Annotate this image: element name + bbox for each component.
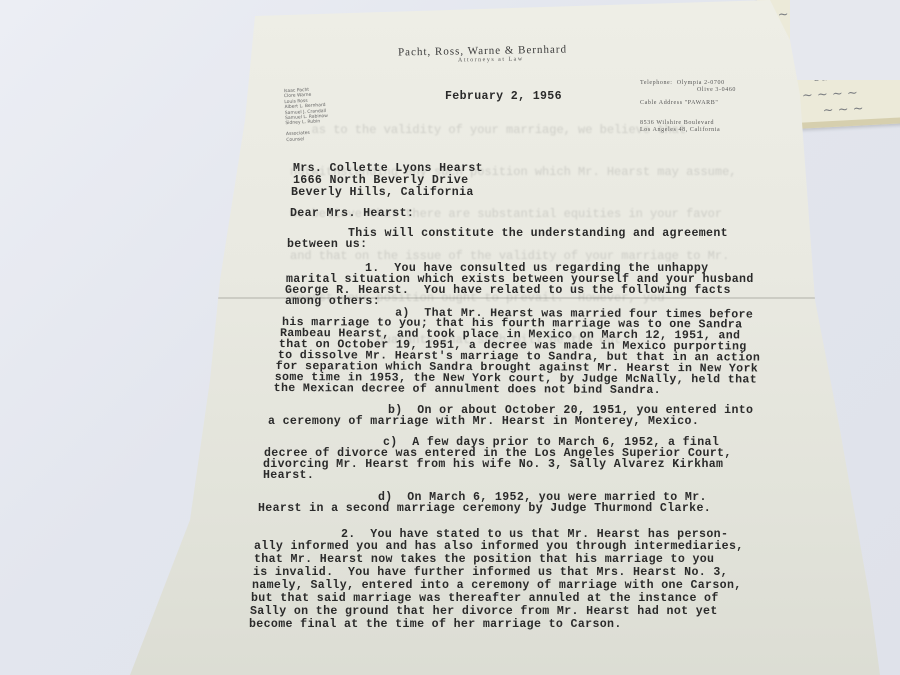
letter-date: February 2, 1956: [445, 90, 562, 103]
text-line: Hearst.: [263, 469, 314, 482]
text-line: but that said marriage was thereafter an…: [251, 592, 719, 605]
text-line: Olympia 2-0700: [677, 80, 725, 86]
intro-line: This will constitute the understanding a…: [348, 227, 728, 240]
text-line: Sally on the ground that her divorce fro…: [250, 605, 718, 618]
intro-line: between us:: [287, 238, 367, 251]
paragraph-a: a) That Mr. Hearst was married four time…: [2, 0, 900, 3]
city-address: Los Angeles 48, California: [640, 127, 720, 133]
handwriting-line: ~ ~ ~ ~: [802, 86, 859, 104]
text-line: divorcing Mr. Hearst from his wife No. 3…: [263, 458, 723, 471]
text-line: and that on the issue of the validity of…: [290, 249, 710, 263]
street-address: 8536 Wilshire Boulevard: [640, 120, 714, 126]
background-surface: [790, 0, 900, 80]
text-line: namely, Sally, entered into a ceremony o…: [252, 579, 742, 592]
partners-list: Isaac Pacht Clore Warne Louis Ross Alber…: [284, 87, 330, 143]
text-line: Beverly Hills, California: [291, 186, 474, 199]
salutation: Dear Mrs. Hearst:: [290, 207, 414, 220]
text-line: become final at the time of her marriage…: [249, 618, 622, 631]
handwriting-line: ~ ~ ~: [822, 101, 864, 118]
telephone: Telephone: Olympia 2-0700: [640, 80, 725, 86]
telephone-2: Olive 3-0460: [697, 87, 736, 93]
text-line: that Mr. Hearst now takes the position t…: [254, 553, 714, 566]
text-line: ally informed you and has also informed …: [254, 540, 744, 553]
text-line: among others:: [285, 295, 380, 308]
text-line: Hearst in a second marriage ceremony by …: [258, 502, 711, 515]
letter-page: as to the validity of your marriage, we …: [0, 0, 900, 675]
text-line: a ceremony of marriage with Mr. Hearst i…: [268, 415, 699, 428]
firm-subtitle: Attorneys at Law: [458, 56, 524, 63]
cable-address: Cable Address "PAWARB": [640, 100, 718, 106]
text-line: Telephone:: [640, 80, 673, 86]
text-line: the Mexican decree of annulment does not…: [274, 382, 661, 397]
text-line: is invalid. You have further informed us…: [253, 566, 728, 579]
